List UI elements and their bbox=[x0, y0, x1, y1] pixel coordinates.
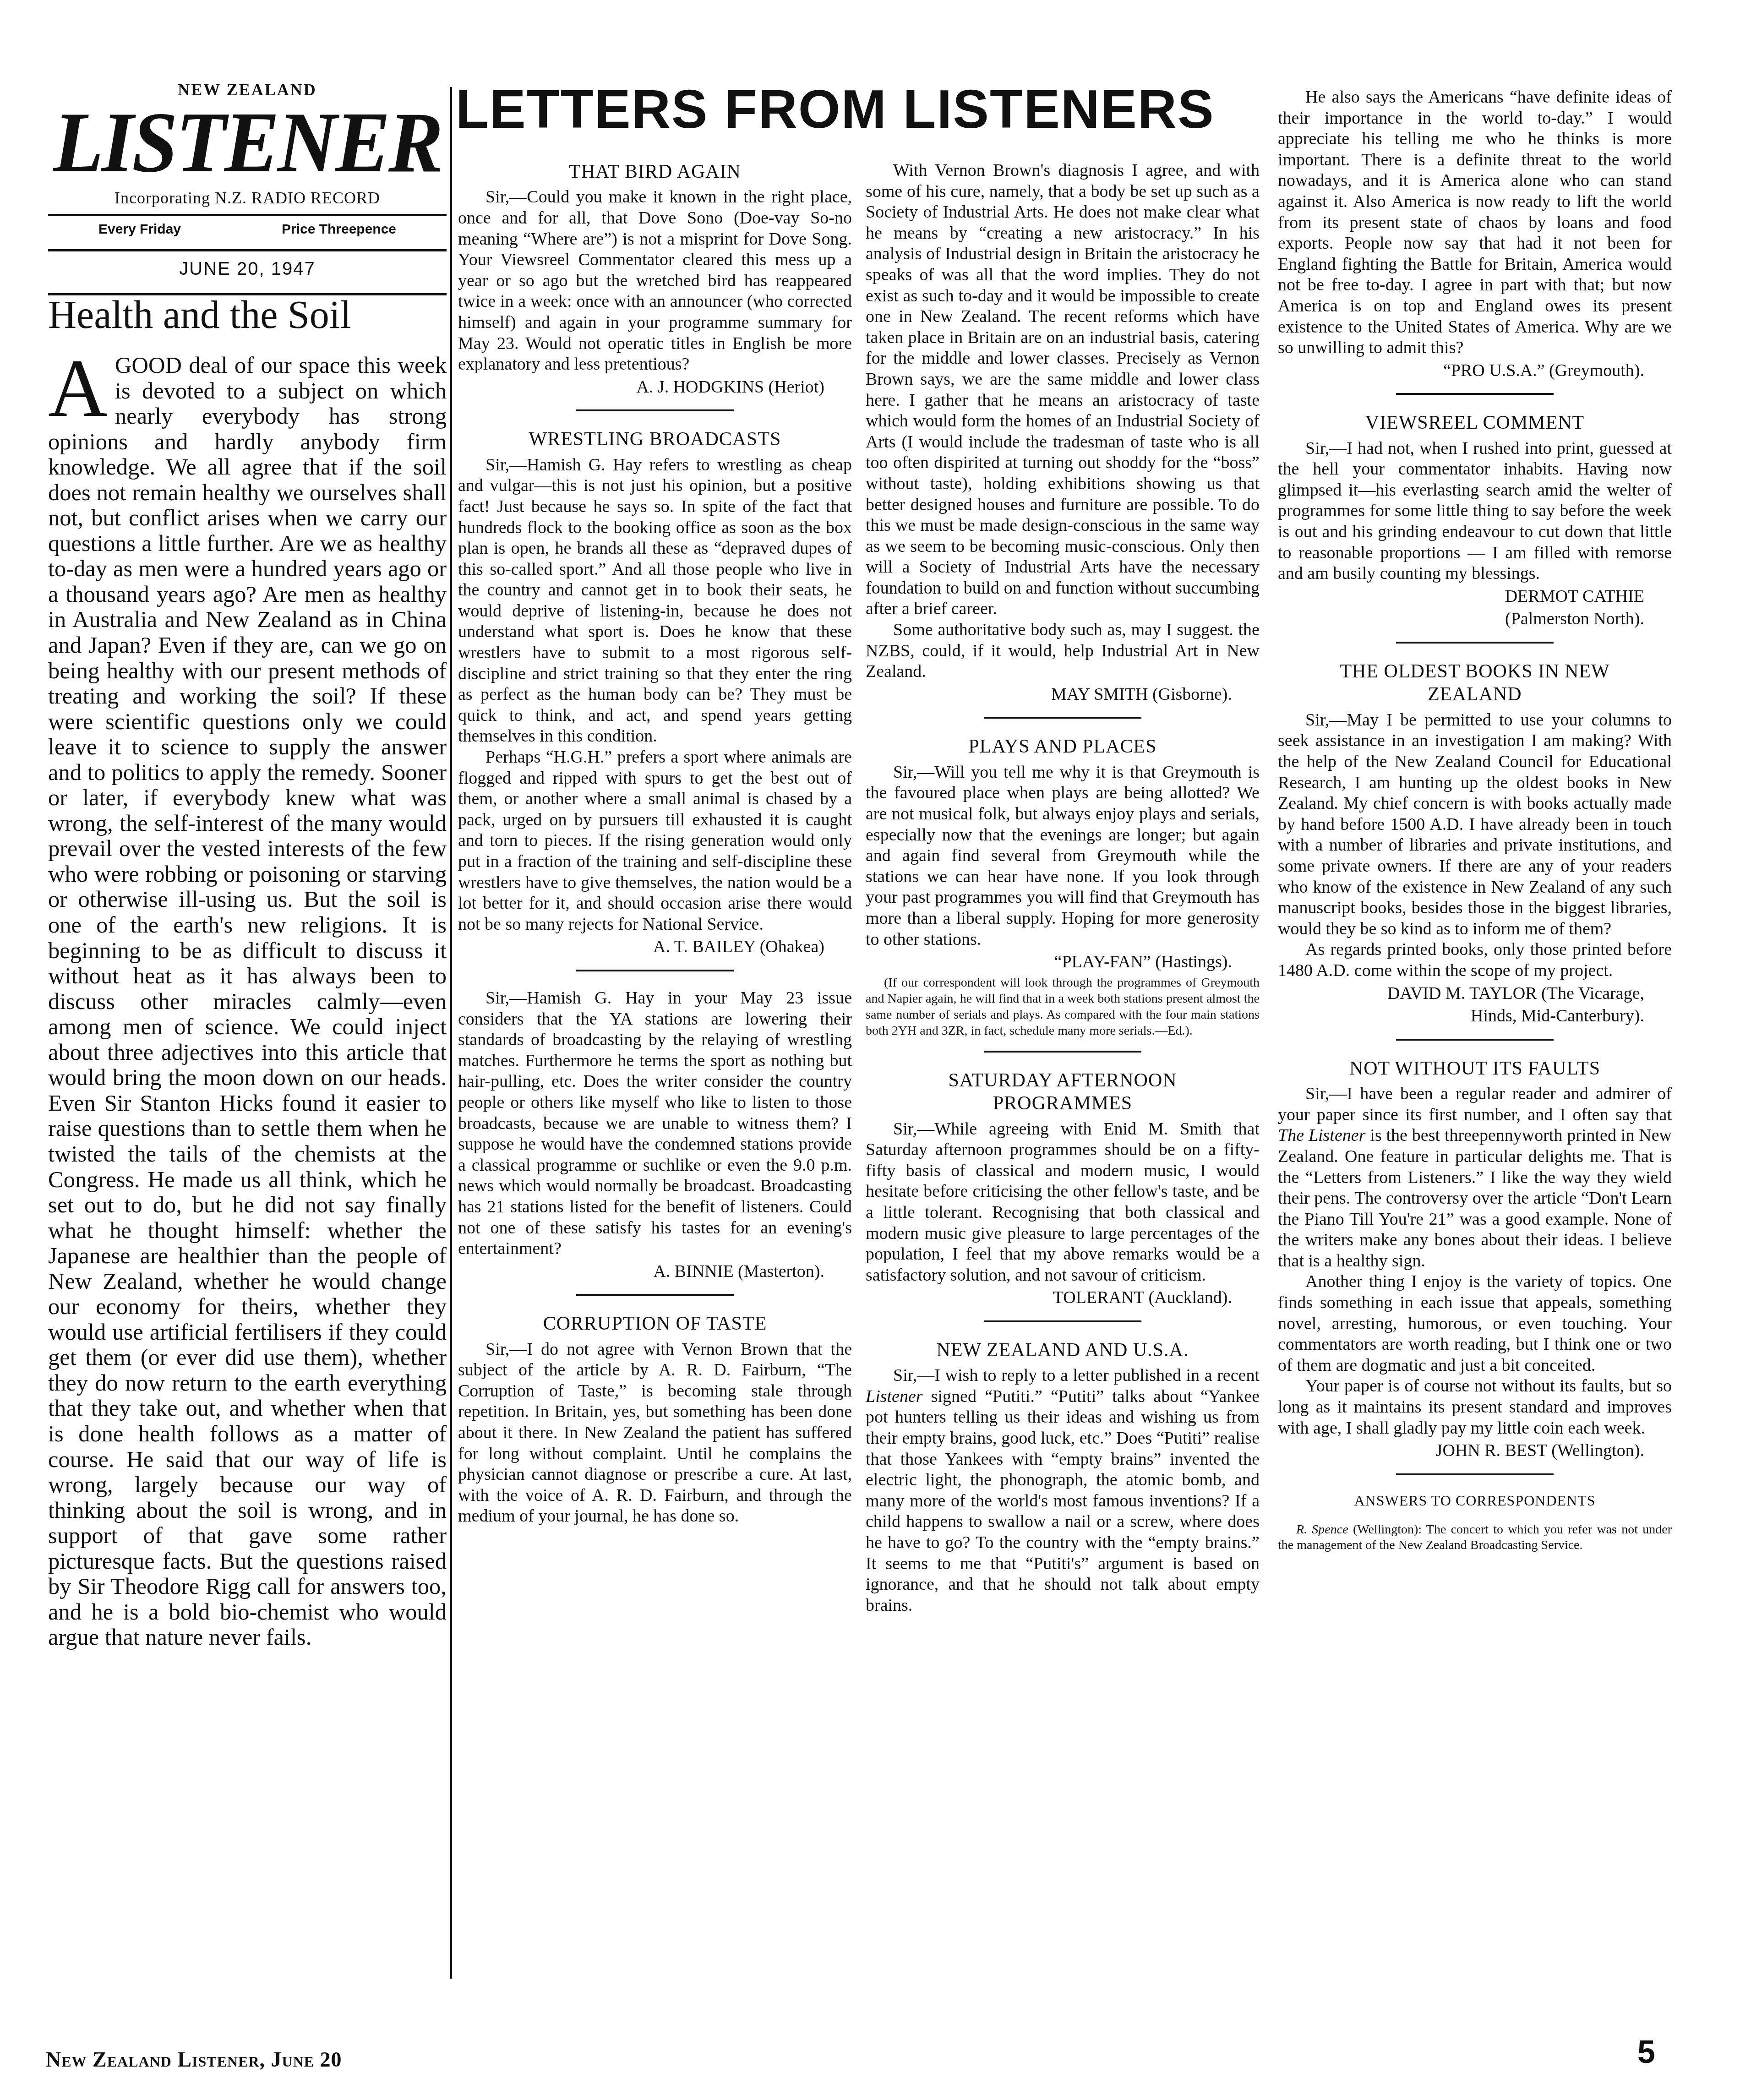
editorial-body: A GOOD deal of our space this week is de… bbox=[48, 353, 447, 1650]
running-footer: New Zealand Listener, June 20 bbox=[46, 2047, 342, 2072]
letter-signature: DAVID M. TAYLOR (The Vicarage, bbox=[1278, 983, 1672, 1004]
letter-paragraph: Another thing I enjoy is the variety of … bbox=[1278, 1271, 1672, 1376]
letter-paragraph: Some authoritative body such as, may I s… bbox=[866, 620, 1260, 682]
letters-column-2: With Vernon Brown's diagnosis I agree, a… bbox=[866, 160, 1260, 1616]
letter-signature: A. J. HODGKINS (Heriot) bbox=[458, 377, 852, 398]
masthead-info-row: Every Friday Price Threepence bbox=[48, 216, 447, 243]
divider bbox=[576, 409, 734, 411]
letter-signature: A. T. BAILEY (Ohakea) bbox=[458, 937, 852, 958]
publication-price: Price Threepence bbox=[282, 222, 396, 237]
masthead: NEW ZEALAND LISTENER Incorporating N.Z. … bbox=[48, 80, 447, 295]
text-run: Sir,—I have been a regular reader and ad… bbox=[1278, 1084, 1672, 1124]
divider bbox=[1396, 1039, 1554, 1041]
masthead-title: LISTENER bbox=[48, 99, 447, 186]
letter-heading: CORRUPTION OF TASTE bbox=[458, 1312, 852, 1335]
text-run: signed “Putiti.” “Putiti” talks about “Y… bbox=[866, 1387, 1260, 1615]
letter-heading-line: PROGRAMMES bbox=[866, 1092, 1260, 1115]
section-banner: LETTERS FROM LISTENERS bbox=[456, 82, 1266, 136]
drop-cap: A bbox=[48, 355, 108, 422]
column-divider bbox=[450, 87, 452, 1979]
letter-signature: MAY SMITH (Gisborne). bbox=[866, 684, 1260, 705]
letter-paragraph: Sir,—Hamish G. Hay refers to wrestling a… bbox=[458, 455, 852, 747]
letter-heading: NOT WITHOUT ITS FAULTS bbox=[1278, 1057, 1672, 1080]
letter-paragraph: He also says the Americans “have definit… bbox=[1278, 87, 1672, 359]
letter-paragraph: Sir,—While agreeing with Enid M. Smith t… bbox=[866, 1119, 1260, 1286]
divider bbox=[1396, 393, 1554, 395]
letter-signature: TOLERANT (Auckland). bbox=[866, 1287, 1260, 1309]
divider bbox=[984, 1320, 1141, 1322]
letter-paragraph: Your paper is of course not without its … bbox=[1278, 1376, 1672, 1439]
letter-paragraph: As regards printed books, only those pri… bbox=[1278, 939, 1672, 981]
text-run: Sir,—I wish to reply to a letter publish… bbox=[893, 1366, 1260, 1385]
answers-paragraph: R. Spence (Wellington): The concert to w… bbox=[1278, 1522, 1672, 1553]
letter-heading: VIEWSREEL COMMENT bbox=[1278, 411, 1672, 434]
letter-paragraph: Sir,—I wish to reply to a letter publish… bbox=[866, 1365, 1260, 1616]
letter-paragraph: Sir,—Will you tell me why it is that Gre… bbox=[866, 762, 1260, 950]
divider bbox=[1396, 642, 1554, 644]
letter-heading: NEW ZEALAND AND U.S.A. bbox=[866, 1339, 1260, 1362]
letter-heading-line: SATURDAY AFTERNOON bbox=[866, 1069, 1260, 1092]
letter-signature: JOHN R. BEST (Wellington). bbox=[1278, 1440, 1672, 1462]
letter-heading-line: ZEALAND bbox=[1278, 683, 1672, 706]
page-number: 5 bbox=[1637, 2034, 1655, 2070]
publication-frequency: Every Friday bbox=[98, 222, 181, 237]
letter-signature-place: (Palmerston North). bbox=[1278, 609, 1672, 630]
letter-paragraph: Sir,—Hamish G. Hay in your May 23 issue … bbox=[458, 988, 852, 1260]
letter-signature: A. BINNIE (Masterton). bbox=[458, 1261, 852, 1282]
issue-date: JUNE 20, 1947 bbox=[48, 251, 447, 287]
divider bbox=[1396, 1473, 1554, 1475]
letters-column-3: He also says the Americans “have definit… bbox=[1278, 87, 1672, 1565]
divider bbox=[576, 1294, 734, 1296]
letter-heading: THE OLDEST BOOKS IN NEW ZEALAND bbox=[1278, 660, 1672, 706]
letter-heading: WRESTLING BROADCASTS bbox=[458, 428, 852, 451]
editorial-text: GOOD deal of our space this week is devo… bbox=[48, 352, 447, 1650]
divider bbox=[576, 970, 734, 971]
letter-paragraph: Sir,—I have been a regular reader and ad… bbox=[1278, 1084, 1672, 1271]
answers-heading: ANSWERS TO CORRESPONDENTS bbox=[1278, 1492, 1672, 1509]
letter-paragraph: With Vernon Brown's diagnosis I agree, a… bbox=[866, 160, 1260, 620]
letter-heading: SATURDAY AFTERNOON PROGRAMMES bbox=[866, 1069, 1260, 1115]
letter-paragraph: Perhaps “H.G.H.” prefers a sport where a… bbox=[458, 747, 852, 935]
letter-signature-place: Hinds, Mid-Canterbury). bbox=[1278, 1006, 1672, 1027]
publication-name: The Listener bbox=[1278, 1126, 1365, 1145]
letter-paragraph: Sir,—I had not, when I rushed into print… bbox=[1278, 438, 1672, 584]
letter-heading-line: THE OLDEST BOOKS IN NEW bbox=[1278, 660, 1672, 683]
letter-signature: DERMOT CATHIE bbox=[1278, 586, 1672, 607]
letter-paragraph: Sir,—I do not agree with Vernon Brown th… bbox=[458, 1339, 852, 1527]
letter-signature: “PRO U.S.A.” (Greymouth). bbox=[1278, 360, 1672, 382]
editorial-title: Health and the Soil bbox=[48, 293, 447, 337]
letter-signature: “PLAY-FAN” (Hastings). bbox=[866, 952, 1260, 973]
letters-column-1: THAT BIRD AGAIN Sir,—Could you make it k… bbox=[458, 156, 852, 1527]
letter-heading: PLAYS AND PLACES bbox=[866, 735, 1260, 758]
divider bbox=[984, 1051, 1141, 1053]
publication-name: Listener bbox=[866, 1387, 923, 1406]
divider bbox=[984, 717, 1141, 719]
text-run: is the best threepennyworth printed in N… bbox=[1278, 1126, 1672, 1271]
letter-paragraph: Sir,—Could you make it known in the righ… bbox=[458, 187, 852, 375]
correspondent-name: R. Spence bbox=[1296, 1522, 1348, 1537]
letter-heading: THAT BIRD AGAIN bbox=[458, 160, 852, 183]
editor-note: (If our correspondent will look through … bbox=[866, 975, 1260, 1039]
masthead-subtitle: Incorporating N.Z. RADIO RECORD bbox=[48, 188, 447, 207]
letter-paragraph: Sir,—May I be permitted to use your colu… bbox=[1278, 710, 1672, 940]
